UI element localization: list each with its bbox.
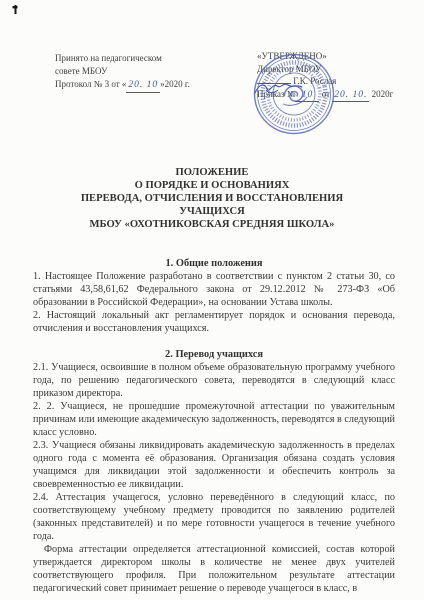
director-signature-icon	[252, 80, 324, 98]
title-line: О ПОРЯДКЕ И ОСНОВАНИЯХ	[0, 179, 424, 192]
title-line: ПЕРЕВОДА, ОТЧИСЛЕНИЯ И ВОССТАНОВЛЕНИЯ	[0, 192, 424, 205]
title-line: МБОУ «ОХОТНИКОВСКАЯ СРЕДНЯЯ ШКОЛА»	[0, 218, 424, 231]
protocol-date-handwritten: 20. 10	[126, 79, 160, 93]
paragraph: 2.1. Учащиеся, освоившие в полном объеме…	[33, 361, 395, 400]
scan-artifact-mark-icon	[12, 5, 19, 15]
section-2-heading: 2. Перевод учащихся	[33, 348, 395, 361]
accepted-line-1: Принято на педагогическом	[55, 52, 240, 65]
title-line: ПОЛОЖЕНИЕ	[0, 166, 424, 179]
document-page: Принято на педагогическом совете МБОУ Пр…	[0, 0, 424, 600]
accepted-line-2: совете МБОУ	[55, 65, 240, 78]
paragraph: 2.4. Аттестация учащегося, условно перев…	[33, 491, 395, 543]
document-title: ПОЛОЖЕНИЕ О ПОРЯДКЕ И ОСНОВАНИЯХ ПЕРЕВОД…	[0, 166, 424, 231]
paragraph: 2.3. Учащиеся обязаны ликвидировать акад…	[33, 439, 395, 491]
protocol-suffix: »2020 г.	[160, 79, 190, 89]
section-1-heading: 1. Общие положения	[33, 257, 395, 270]
document-body: 1. Общие положения 1. Настоящее Положени…	[33, 257, 395, 595]
order-date-handwritten: 20. 10.	[332, 89, 369, 103]
protocol-line: Протокол № 3 от «20. 10»2020 г.	[55, 78, 240, 93]
paragraph: 1. Настоящее Положение разработано в соо…	[33, 270, 395, 309]
order-year: 2020г	[372, 89, 394, 99]
accepted-block: Принято на педагогическом совете МБОУ Пр…	[55, 52, 240, 93]
paragraph: 2. 2. Учащиеся, не прошедшие промежуточн…	[33, 400, 395, 439]
protocol-prefix: Протокол № 3 от «	[55, 79, 126, 89]
paragraph: 2. Настоящий локальный акт регламентируе…	[33, 309, 395, 335]
paragraph: Форма аттестации определяется аттестацио…	[33, 543, 395, 595]
title-line: УЧАЩИХСЯ	[0, 205, 424, 218]
